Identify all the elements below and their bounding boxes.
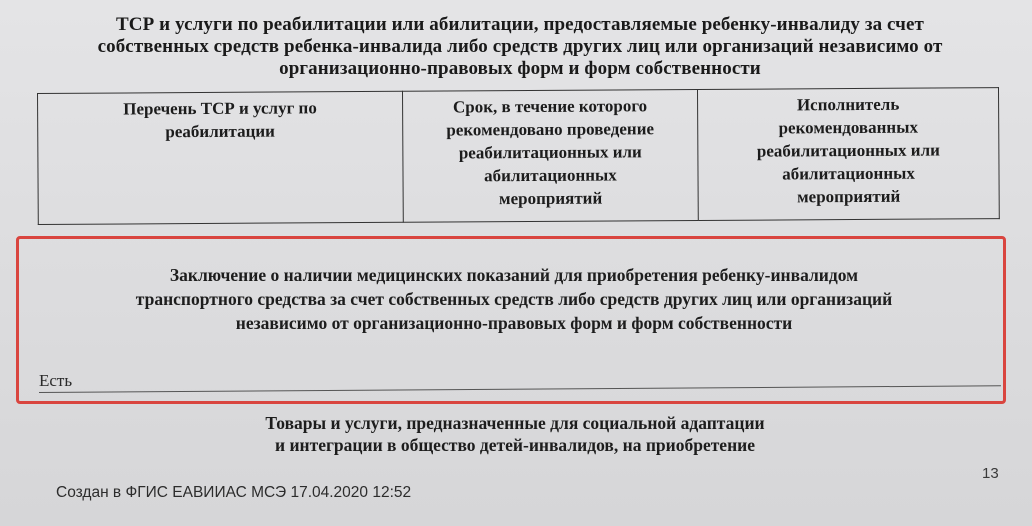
header-line: абилитационных <box>409 163 691 188</box>
header-line: мероприятий <box>705 184 993 209</box>
page-number: 13 <box>982 465 999 482</box>
conclusion-title-line: Заключение о наличии медицинских показан… <box>49 263 979 287</box>
goods-title-line: и интеграции в общество детей-инвалидов,… <box>150 434 880 456</box>
goods-services-title: Товары и услуги, предназначенные для соц… <box>150 412 880 456</box>
conclusion-title-line: независимо от организационно-правовых фо… <box>49 311 979 335</box>
column-header-tsr-list: Перечень ТСР и услуг по реабилитации <box>38 91 404 224</box>
header-line: абилитационных <box>705 161 993 186</box>
header-line: Исполнитель <box>704 92 992 117</box>
header-line: реабилитации <box>44 119 396 144</box>
column-header-executor: Исполнитель рекомендованных реабилитацио… <box>698 88 1000 221</box>
header-line: мероприятий <box>409 186 691 211</box>
header-line: рекомендовано проведение <box>409 117 691 142</box>
conclusion-underline <box>39 385 1001 393</box>
section-title-tsr-services: ТСР и услуги по реабилитации или абилита… <box>30 14 1010 80</box>
document-page: ТСР и услуги по реабилитации или абилита… <box>0 0 1032 526</box>
conclusion-title-line: транспортного средства за счет собственн… <box>49 287 979 311</box>
header-line: Перечень ТСР и услуг по <box>44 96 396 121</box>
header-line: реабилитационных или <box>704 138 992 163</box>
header-line: рекомендованных <box>704 115 992 140</box>
conclusion-highlight-box: Заключение о наличии медицинских показан… <box>16 236 1006 404</box>
header-line: реабилитационных или <box>409 140 691 165</box>
table-header-row: Перечень ТСР и услуг по реабилитации Сро… <box>38 88 1000 225</box>
goods-title-line: Товары и услуги, предназначенные для соц… <box>150 412 880 434</box>
section-title-line: ТСР и услуги по реабилитации или абилита… <box>30 14 1010 36</box>
conclusion-value: Есть <box>39 371 72 391</box>
footer-created-stamp: Создан в ФГИС ЕАВИИАС МСЭ 17.04.2020 12:… <box>56 484 411 502</box>
column-header-term: Срок, в течение которого рекомендовано п… <box>402 89 698 222</box>
conclusion-title: Заключение о наличии медицинских показан… <box>49 263 979 335</box>
section-title-line: организационно-правовых форм и форм собс… <box>30 58 1010 80</box>
section-title-line: собственных средств ребенка-инвалида либ… <box>30 36 1010 58</box>
header-line: Срок, в течение которого <box>409 94 691 119</box>
rehab-measures-table: Перечень ТСР и услуг по реабилитации Сро… <box>37 87 1000 225</box>
